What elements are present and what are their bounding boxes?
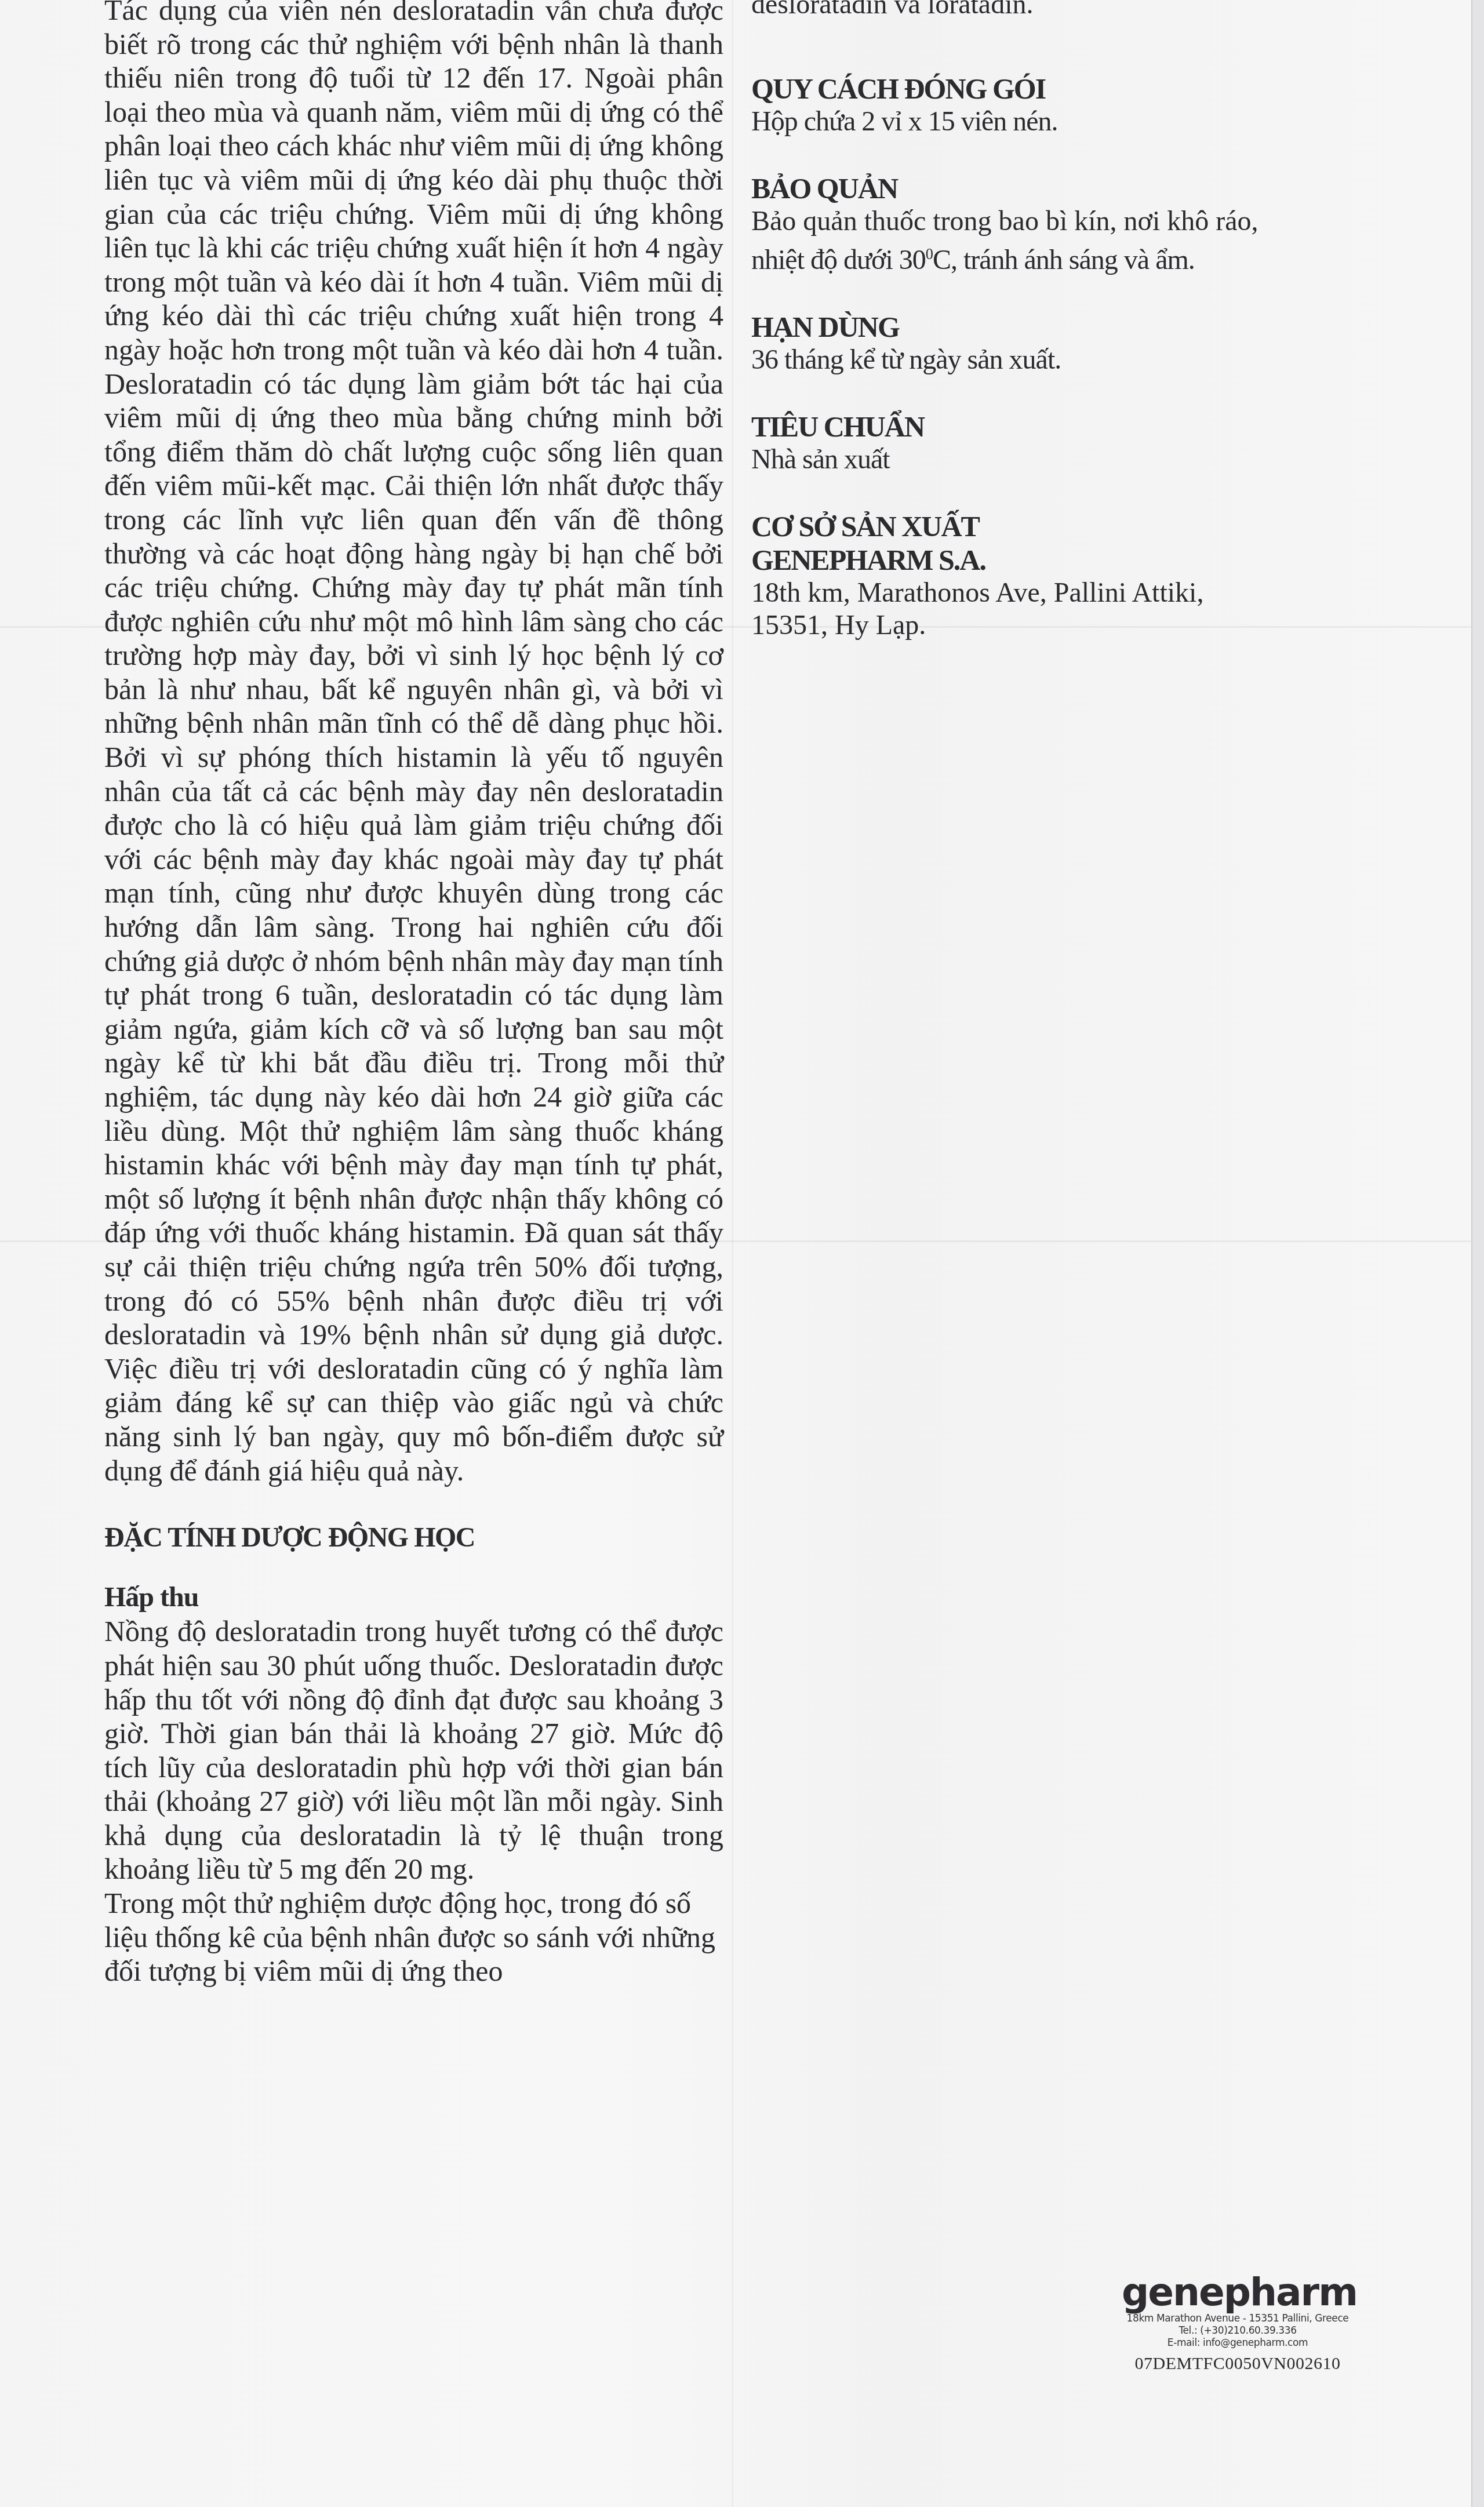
footer-tel: Tel.: (+30)210.60.39.336 (1119, 2325, 1356, 2337)
right-column: desloratadin và loratadin. QUY CÁCH ĐÓNG… (751, 0, 1366, 675)
brand-logo: genepharm (1119, 2272, 1356, 2313)
expiry-heading: HẠN DÙNG (751, 310, 1366, 344)
packaging-body: Hộp chứa 2 vỉ x 15 viên nén. (751, 105, 1366, 138)
left-column: Tác dụng của viên nén desloratadin vẫn c… (104, 0, 723, 1988)
storage-temp-suffix: C, tránh ánh sáng và ẩm. (933, 245, 1195, 275)
spacer (104, 1487, 723, 1521)
paper-edge (1471, 0, 1484, 2507)
continuation-block: desloratadin và loratadin. (751, 0, 1366, 21)
brand-name: genepharm (1122, 2272, 1357, 2313)
standard-body: Nhà sản xuất (751, 443, 1366, 476)
genepharm-footer: genepharm 18km Marathon Avenue - 15351 P… (1119, 2272, 1356, 2374)
storage-body-line-1: Bảo quản thuốc trong bao bì kín, nơi khô… (751, 205, 1366, 238)
spacer (751, 54, 1366, 72)
pharmacokinetics-heading: ĐẶC TÍNH DƯỢC ĐỘNG HỌC (104, 1521, 723, 1555)
expiry-section: HẠN DÙNG 36 tháng kể từ ngày sản xuất. (751, 310, 1366, 376)
footer-address: 18km Marathon Avenue - 15351 Pallini, Gr… (1119, 2313, 1356, 2325)
standard-heading: TIÊU CHUẨN (751, 410, 1366, 443)
storage-temp-prefix: nhiệt độ dưới 30 (751, 245, 926, 275)
manufacturer-heading: CƠ SỞ SẢN XUẤT (751, 510, 1366, 543)
degree-superscript: 0 (926, 245, 933, 263)
footer-email: E-mail: info@genepharm.com (1119, 2337, 1356, 2349)
storage-body-line-2: nhiệt độ dưới 300C, tránh ánh sáng và ẩm… (751, 238, 1366, 276)
absorption-paragraph: Nồng độ desloratadin trong huyết tương c… (104, 1614, 723, 1886)
spacer (104, 1555, 723, 1581)
packaging-heading: QUY CÁCH ĐÓNG GÓI (751, 72, 1366, 105)
standard-section: TIÊU CHUẨN Nhà sản xuất (751, 410, 1366, 476)
intro-paragraph: Tác dụng của viên nén desloratadin vẫn c… (104, 0, 723, 1487)
absorption-heading: Hấp thu (104, 1581, 723, 1615)
continuation-text: desloratadin và loratadin. (751, 0, 1366, 21)
manufacturer-address-line-2: 15351, Hy Lạp. (751, 609, 1366, 642)
manufacturer-section: CƠ SỞ SẢN XUẤT GENEPHARM S.A. 18th km, M… (751, 510, 1366, 642)
manufacturer-company: GENEPHARM S.A. (751, 543, 1366, 577)
storage-section: BẢO QUẢN Bảo quản thuốc trong bao bì kín… (751, 172, 1366, 276)
storage-heading: BẢO QUẢN (751, 172, 1366, 205)
expiry-body: 36 tháng kể từ ngày sản xuất. (751, 344, 1366, 376)
manufacturer-address-line-1: 18th km, Marathonos Ave, Pallini Attiki, (751, 577, 1366, 609)
packaging-section: QUY CÁCH ĐÓNG GÓI Hộp chứa 2 vỉ x 15 viê… (751, 72, 1366, 138)
absorption-paragraph-2: Trong một thử nghiệm dược động học, tron… (104, 1886, 723, 1988)
fold-line (732, 0, 733, 2507)
document-code: 07DEMTFC0050VN002610 (1119, 2354, 1356, 2374)
